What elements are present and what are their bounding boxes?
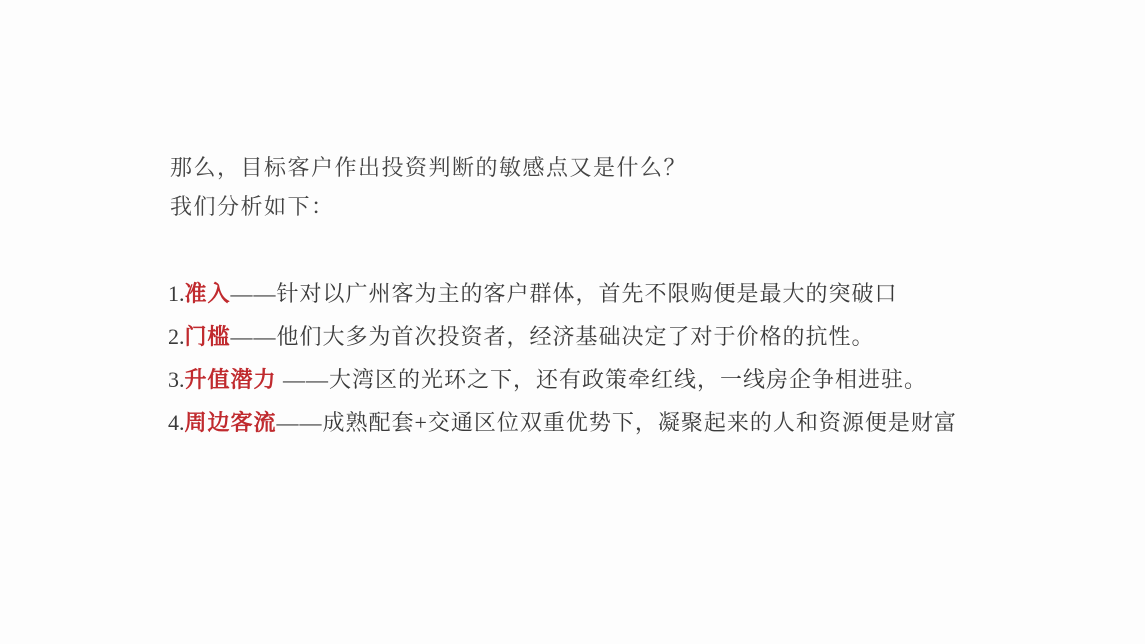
item-number: 1. bbox=[168, 281, 185, 306]
slide-canvas: 那么，目标客户作出投资判断的敏感点又是什么？ 我们分析如下： 1.准入——针对以… bbox=[0, 0, 1145, 644]
item-text: ——针对以广州客为主的客户群体，首先不限购便是最大的突破口 bbox=[231, 281, 898, 306]
item-text: ——大湾区的光环之下，还有政策牵红线，一线房企争相进驻。 bbox=[277, 367, 928, 392]
list-item: 4.周边客流——成熟配套+交通区位双重优势下，凝聚起来的人和资源便是财富 bbox=[168, 401, 957, 444]
item-keyword: 周边客流 bbox=[185, 410, 277, 435]
item-text: ——成熟配套+交通区位双重优势下，凝聚起来的人和资源便是财富 bbox=[277, 410, 957, 435]
analysis-points-list: 1.准入——针对以广州客为主的客户群体，首先不限购便是最大的突破口 2.门槛——… bbox=[168, 272, 957, 444]
intro-block: 那么，目标客户作出投资判断的敏感点又是什么？ 我们分析如下： bbox=[170, 148, 687, 226]
item-number: 3. bbox=[168, 367, 185, 392]
item-number: 2. bbox=[168, 324, 185, 349]
intro-line-1: 那么，目标客户作出投资判断的敏感点又是什么？ bbox=[170, 148, 687, 187]
item-text: ——他们大多为首次投资者，经济基础决定了对于价格的抗性。 bbox=[231, 324, 875, 349]
list-item: 1.准入——针对以广州客为主的客户群体，首先不限购便是最大的突破口 bbox=[168, 272, 957, 315]
item-keyword: 升值潜力 bbox=[185, 367, 277, 392]
item-keyword: 准入 bbox=[185, 281, 231, 306]
item-number: 4. bbox=[168, 410, 185, 435]
list-item: 3.升值潜力 ——大湾区的光环之下，还有政策牵红线，一线房企争相进驻。 bbox=[168, 358, 957, 401]
list-item: 2.门槛——他们大多为首次投资者，经济基础决定了对于价格的抗性。 bbox=[168, 315, 957, 358]
intro-line-2: 我们分析如下： bbox=[170, 187, 687, 226]
item-keyword: 门槛 bbox=[185, 324, 231, 349]
